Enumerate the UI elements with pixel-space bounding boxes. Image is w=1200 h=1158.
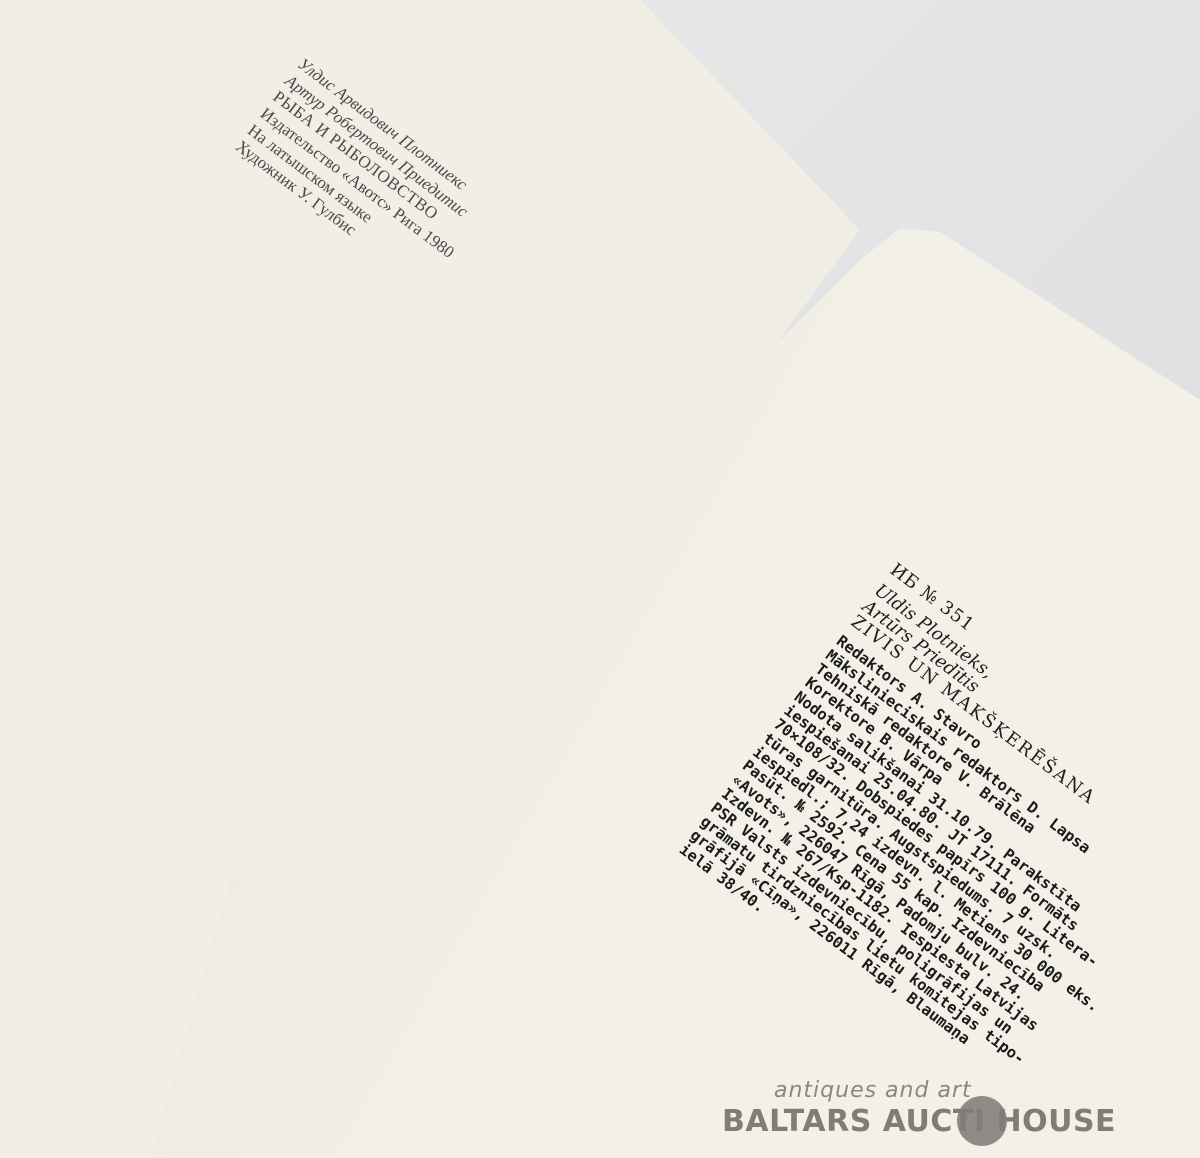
- watermark-brand: BALTARS AUCTI HOUSE: [722, 1104, 1116, 1139]
- watermark-subtitle: antiques and art: [774, 1078, 972, 1103]
